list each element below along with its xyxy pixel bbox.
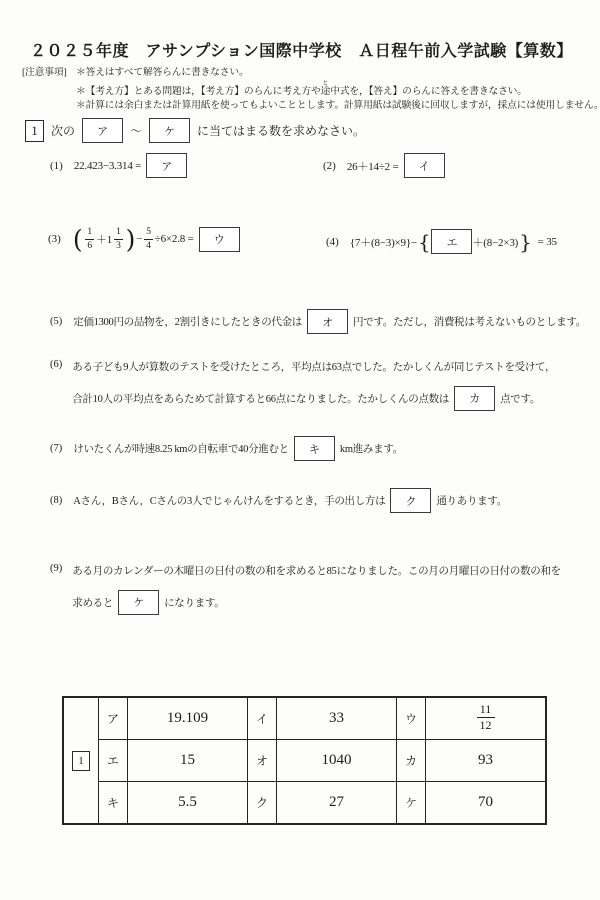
problem-9-line-1: ある月のカレンダーの木曜日の日付の数の和を求めると85になりました。この月の月曜…: [72, 558, 561, 582]
problem-1: (1) 22.423−3.314 = ア: [50, 153, 187, 178]
note-line-2-post: 中式を，【答え】のらんに答えを書きなさい。: [330, 86, 527, 97]
problem-8: (8) Aさん，Bさん，Cさんの3人でじゃんけんをするとき，手の出し方は ク 通…: [50, 488, 507, 513]
problem-number: (4): [326, 236, 339, 248]
answer-box-ki: キ: [294, 436, 335, 461]
problem-5-post: 円です。ただし，消費税は考えないものとします。: [353, 314, 586, 329]
problem-3-tail: ÷6×2.8 =: [155, 233, 194, 245]
problem-9: (9) ある月のカレンダーの木曜日の日付の数の和を求めると85になりました。この…: [50, 558, 561, 614]
problem-4-pre: {7＋(8−3)×9}−: [350, 234, 417, 250]
table-key-u: ウ: [397, 697, 426, 740]
fraction-5-4: 54: [144, 227, 153, 252]
problem-6: (6) ある子ども9人が算数のテストを受けたところ，平均点は63点でした。たかし…: [50, 354, 555, 410]
table-section-number-box: 1: [72, 751, 90, 771]
table-key-ku: ク: [248, 782, 277, 825]
problem-number: (2): [323, 160, 336, 172]
furigana-tochuushiki: 途と: [321, 86, 331, 97]
table-key-o: オ: [248, 740, 277, 782]
problem-number: (3): [48, 233, 61, 245]
section-prompt-pre: 次の: [51, 122, 75, 139]
answer-box-ka: カ: [454, 386, 495, 411]
problem-number: (5): [50, 316, 62, 327]
problem-6-line-2-pre: 合計10人の平均点をあらためて計算すると66点になりました。たかしくんの点数は: [72, 391, 449, 406]
table-value-ke: 70: [426, 782, 547, 825]
problem-8-post: 通りあります。: [436, 493, 507, 508]
problem-2-expression: 26＋14÷2 =: [347, 158, 399, 174]
table-row: キ 5.5 ク 27 ケ 70: [63, 782, 546, 825]
problem-5-pre: 定価1300円の品物を，2割引きにしたときの代金は: [73, 314, 302, 329]
problem-6-body: ある子ども9人が算数のテストを受けたところ，平均点は63点でした。たかしくんが同…: [72, 354, 555, 410]
answer-box-i: イ: [404, 153, 445, 178]
answer-box-ke: ケ: [118, 590, 159, 615]
problem-3: (3) ( 16 ＋1 13 ) − 54 ÷6×2.8 = ウ: [48, 222, 240, 256]
table-key-ki: キ: [99, 782, 128, 825]
answer-box-e: エ: [431, 229, 472, 254]
problem-5: (5) 定価1300円の品物を，2割引きにしたときの代金は オ 円です。ただし，…: [50, 309, 586, 334]
problem-7-pre: けいたくんが時速8.25 kmの自転車で40分進むと: [73, 441, 289, 456]
note-line-2-pre: ＊【考え方】とある問題は，【考え方】のらんに考え方や: [76, 86, 321, 97]
problem-7-post: km進みます。: [340, 441, 403, 456]
problem-2: (2) 26＋14÷2 = イ: [323, 153, 445, 178]
table-value-u: 1112: [426, 697, 547, 740]
answer-box-a: ア: [146, 153, 187, 178]
problem-1-expression: 22.423−3.314 =: [74, 160, 141, 172]
table-key-e: エ: [99, 740, 128, 782]
problem-9-line-2: 求めると ケ になります。: [72, 590, 561, 614]
tilde: ～: [130, 122, 142, 139]
table-value-ka: 93: [426, 740, 547, 782]
problem-number: (8): [50, 495, 62, 506]
answer-box-ke-ref: ケ: [149, 118, 190, 143]
problem-number: (7): [50, 443, 62, 454]
fraction-1-6: 16: [85, 227, 94, 252]
exam-paper-page: ２０２５年度 アサンプション国際中学校 Ａ日程午前入学試験【算数】 [注意事項]…: [0, 0, 600, 900]
minus-sign: −: [136, 233, 142, 245]
table-value-a: 19.109: [128, 697, 248, 740]
problem-number: (1): [50, 160, 63, 172]
problem-6-line-1: ある子ども9人が算数のテストを受けたところ，平均点は63点でした。たかしくんが同…: [72, 354, 555, 378]
plus-whole: ＋1: [96, 231, 112, 247]
table-value-e: 15: [128, 740, 248, 782]
table-row: エ 15 オ 1040 カ 93: [63, 740, 546, 782]
table-key-ke: ケ: [397, 782, 426, 825]
problem-4-tail: = 35: [538, 236, 557, 248]
answer-box-a-ref: ア: [82, 118, 123, 143]
exam-title: ２０２５年度 アサンプション国際中学校 Ａ日程午前入学試験【算数】: [30, 38, 573, 61]
section-number-box: 1: [25, 120, 44, 142]
problem-number: (9): [50, 558, 62, 614]
problem-9-line-2-post: になります。: [164, 595, 224, 610]
open-paren: (: [73, 227, 83, 252]
problem-7: (7) けいたくんが時速8.25 kmの自転車で40分進むと キ km進みます。: [50, 436, 403, 461]
table-section-cell: 1: [63, 697, 99, 824]
table-key-i: イ: [248, 697, 277, 740]
note-line-3: ＊計算には余白または計算用紙を使ってもよいこととします。計算用紙は試験後に回収し…: [76, 97, 600, 111]
problem-4: (4) {7＋(8−3)×9}− { エ ＋(8−2×3) } = 35: [326, 229, 557, 254]
table-fraction-11-12: 1112: [477, 703, 495, 734]
problem-9-body: ある月のカレンダーの木曜日の日付の数の和を求めると85になりました。この月の月曜…: [72, 558, 561, 614]
table-key-ka: カ: [397, 740, 426, 782]
problem-8-pre: Aさん，Bさん，Cさんの3人でじゃんけんをするとき，手の出し方は: [73, 493, 385, 508]
answer-table: 1 ア 19.109 イ 33 ウ 1112 エ 15 オ 1040 カ 93: [62, 696, 547, 825]
table-value-i: 33: [277, 697, 397, 740]
open-brace: {: [418, 232, 431, 252]
problem-9-line-2-pre: 求めると: [72, 595, 113, 610]
ruby-text: と: [321, 81, 331, 87]
answer-box-o: オ: [307, 309, 348, 334]
notes-label: [注意事項]: [22, 64, 67, 78]
note-line-2: ＊【考え方】とある問題は，【考え方】のらんに考え方や途と中式を，【答え】のらんに…: [76, 81, 527, 97]
problem-6-line-2: 合計10人の平均点をあらためて計算すると66点になりました。たかしくんの点数は …: [72, 386, 555, 410]
table-value-o: 1040: [277, 740, 397, 782]
answer-box-ku: ク: [390, 488, 431, 513]
close-paren: ): [126, 227, 136, 252]
problem-6-line-2-post: 点です。: [500, 391, 540, 406]
table-key-a: ア: [99, 697, 128, 740]
close-brace: }: [519, 232, 532, 252]
note-line-1: ＊答えはすべて解答らんに書きなさい。: [76, 64, 249, 78]
answer-box-u: ウ: [199, 227, 240, 252]
section-1-header: 1 次の ア ～ ケ に当てはまる数を求めなさい。: [25, 118, 365, 143]
section-prompt-post: に当てはまる数を求めなさい。: [197, 122, 365, 139]
fraction-1-3: 13: [114, 227, 123, 252]
table-value-ki: 5.5: [128, 782, 248, 825]
table-value-ku: 27: [277, 782, 397, 825]
problem-number: (6): [50, 354, 62, 410]
table-row: 1 ア 19.109 イ 33 ウ 1112: [63, 697, 546, 740]
ruby-base: 途: [321, 86, 331, 97]
problem-4-mid: ＋(8−2×3): [472, 234, 518, 250]
